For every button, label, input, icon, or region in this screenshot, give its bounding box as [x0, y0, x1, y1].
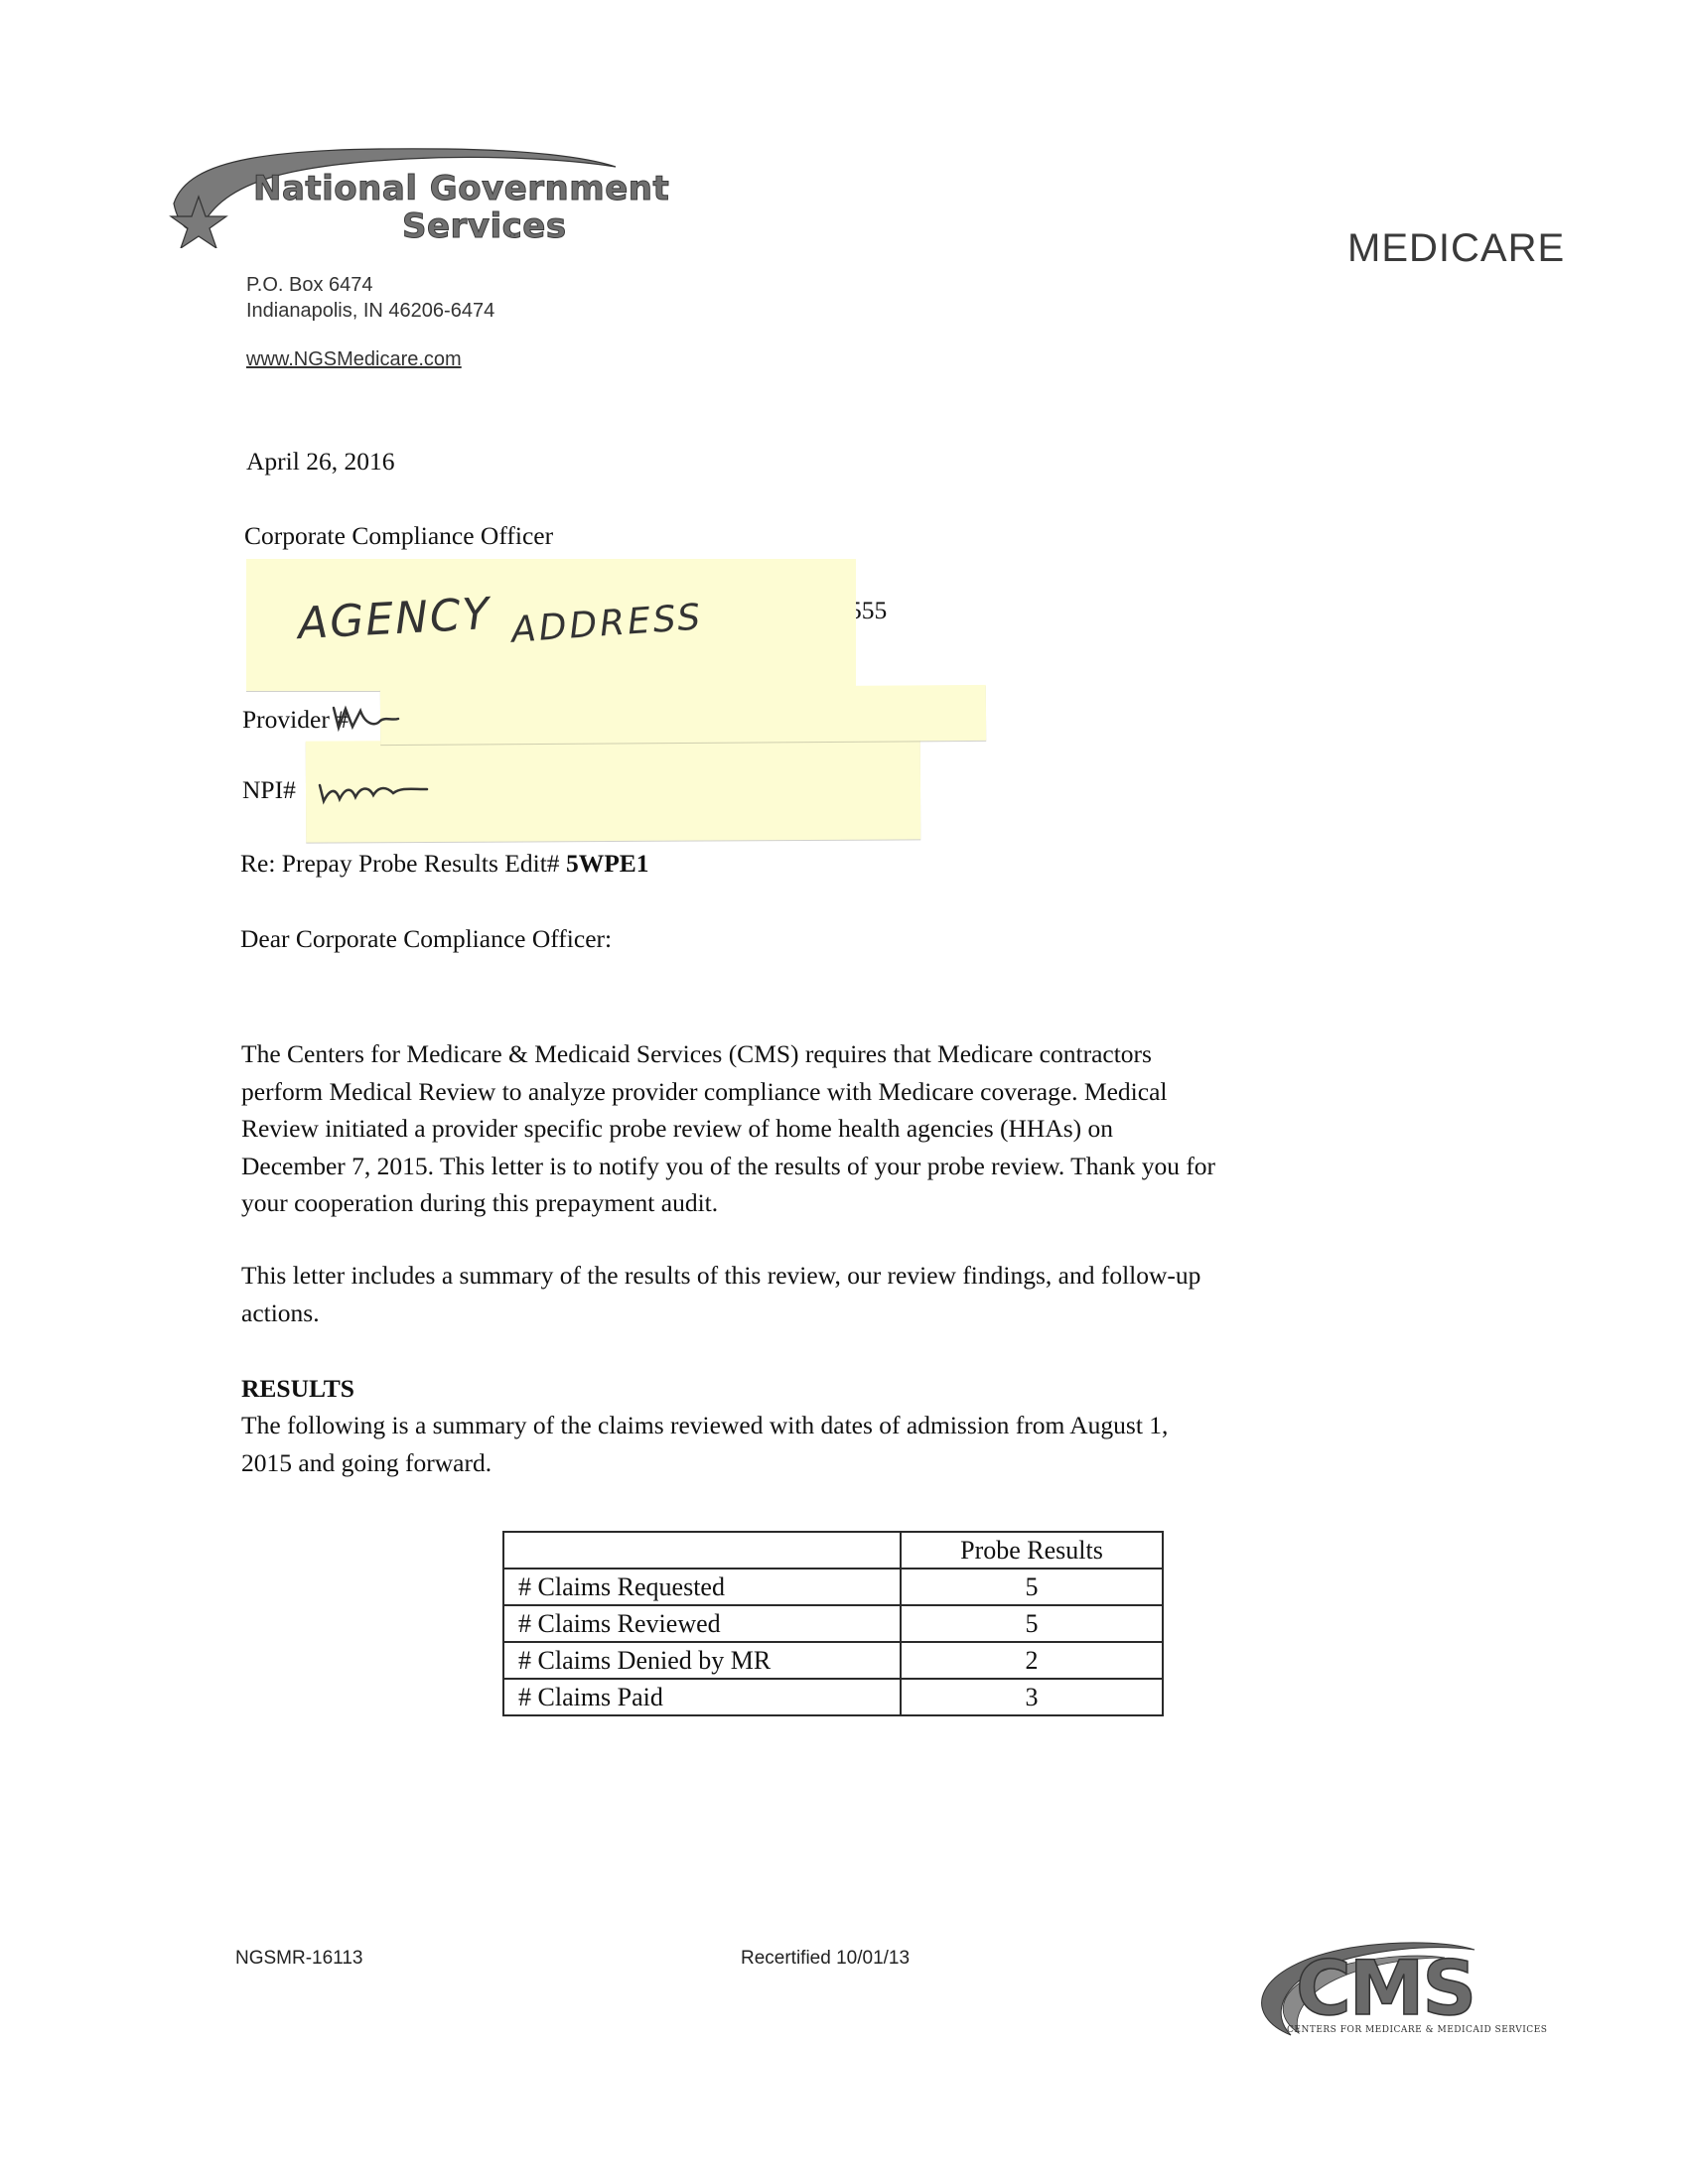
table-row: # Claims Requested 5 [503, 1569, 1163, 1605]
row-value: 2 [901, 1642, 1163, 1679]
website-link[interactable]: www.NGSMedicare.com [246, 348, 462, 371]
paragraph-line: December 7, 2015. This letter is to noti… [241, 1148, 1215, 1185]
address-line: P.O. Box 6474 [246, 272, 494, 298]
form-code: NGSMR-16113 [235, 1948, 362, 1970]
redaction-scribble-icon [316, 779, 435, 809]
paragraph-line: perform Medical Review to analyze provid… [241, 1073, 1215, 1111]
handwritten-note: AGENCY [297, 589, 492, 649]
org-name-line2: Services [402, 206, 567, 246]
subject-line: Re: Prepay Probe Results Edit# 5WPE1 [240, 845, 649, 883]
row-label: # Claims Denied by MR [503, 1642, 901, 1679]
row-label: # Claims Reviewed [503, 1605, 901, 1642]
npi-label: NPI# [242, 771, 296, 809]
results-heading: RESULTS [241, 1370, 354, 1408]
paragraph-line: The following is a summary of the claims… [241, 1407, 1168, 1444]
paragraph-line: The Centers for Medicare & Medicaid Serv… [241, 1035, 1215, 1073]
paragraph-line: Review initiated a provider specific pro… [241, 1110, 1215, 1148]
org-name-line1: National Government [253, 169, 669, 208]
row-value: 5 [901, 1569, 1163, 1605]
edit-code: 5WPE1 [566, 849, 649, 878]
intro-paragraph: The Centers for Medicare & Medicaid Serv… [241, 1035, 1215, 1222]
table-row: # Claims Reviewed 5 [503, 1605, 1163, 1642]
recertified-date: Recertified 10/01/13 [741, 1948, 910, 1970]
row-value: 3 [901, 1679, 1163, 1715]
probe-results-table: Probe Results # Claims Requested 5 # Cla… [502, 1531, 1164, 1716]
row-value: 5 [901, 1605, 1163, 1642]
paragraph-line: 2015 and going forward. [241, 1444, 1168, 1482]
redaction-sticky-note [380, 685, 986, 745]
subject-prefix: Re: Prepay Probe Results Edit# [240, 849, 560, 878]
recipient-title: Corporate Compliance Officer [244, 517, 553, 555]
program-label: MEDICARE [1347, 226, 1565, 271]
cms-wordmark: CMS [1296, 1944, 1475, 2032]
sender-address: P.O. Box 6474 Indianapolis, IN 46206-647… [246, 272, 494, 324]
table-row: # Claims Paid 3 [503, 1679, 1163, 1715]
table-header-cell [503, 1532, 901, 1569]
ngs-logo: National Government Services .. [149, 129, 626, 248]
table-row: # Claims Denied by MR 2 [503, 1642, 1163, 1679]
table-header-row: Probe Results [503, 1532, 1163, 1569]
table-header-cell: Probe Results [901, 1532, 1163, 1569]
summary-paragraph: This letter includes a summary of the re… [241, 1257, 1200, 1331]
paragraph-line: This letter includes a summary of the re… [241, 1257, 1200, 1295]
salutation: Dear Corporate Compliance Officer: [240, 920, 612, 958]
paragraph-line: your cooperation during this prepayment … [241, 1184, 1215, 1222]
letter-date: April 26, 2016 [246, 443, 394, 480]
redaction-scribble-icon [331, 703, 400, 733]
address-line: Indianapolis, IN 46206-6474 [246, 298, 494, 324]
cms-subtitle: CENTERS FOR MEDICARE & MEDICAID SERVICES [1287, 2025, 1547, 2035]
row-label: # Claims Requested [503, 1569, 901, 1605]
paragraph-line: actions. [241, 1295, 1200, 1332]
results-intro: The following is a summary of the claims… [241, 1407, 1168, 1481]
cms-logo: CMS CENTERS FOR MEDICARE & MEDICAID SERV… [1231, 1936, 1559, 2055]
trademark-mark: .. [508, 228, 517, 239]
row-label: # Claims Paid [503, 1679, 901, 1715]
